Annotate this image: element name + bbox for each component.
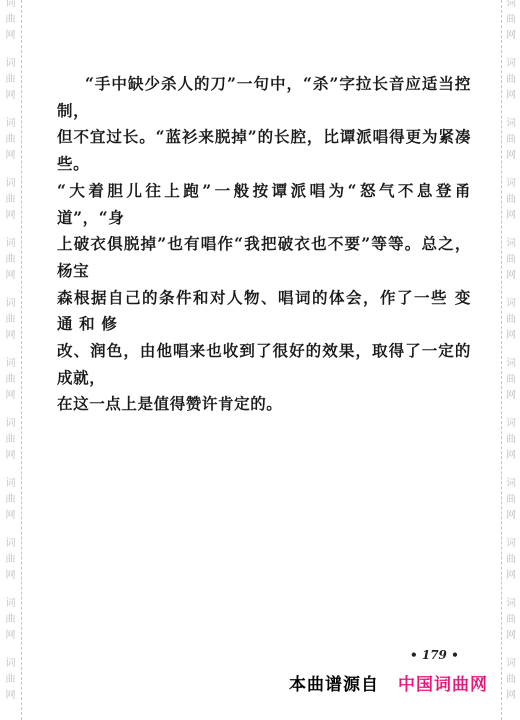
- watermark-group: 词曲网: [0, 596, 21, 644]
- watermark-group: 词曲网: [502, 416, 520, 464]
- watermark-char: 词: [506, 296, 516, 312]
- watermark-char: 词: [506, 476, 516, 492]
- watermark-char: 曲: [6, 612, 16, 628]
- watermark-group: 词曲网: [0, 356, 21, 404]
- watermark-group: 词曲网: [502, 56, 520, 104]
- watermark-char: 词: [6, 476, 16, 492]
- watermark-char: 词: [6, 296, 16, 312]
- text-line: 上破衣俱脱掉”也有唱作“我把破衣也不要”等等。总之，杨宝: [57, 231, 471, 284]
- watermark-char: 词: [6, 596, 16, 612]
- watermark-group: 词曲网: [502, 596, 520, 644]
- watermark-char: 词: [6, 656, 16, 672]
- watermark-group: 词曲网: [502, 236, 520, 284]
- watermark-char: 网: [6, 148, 16, 164]
- text-line: “手中缺少杀人的刀”一句中，“杀”字拉长音应适当控制，: [57, 71, 471, 124]
- text-line-content: “大着胆儿往上跑”一般按谭派唱为“怒气不息登甬道”，“身: [57, 181, 471, 227]
- watermark-char: 网: [6, 208, 16, 224]
- watermark-char: 网: [6, 268, 16, 284]
- watermark-char: 词: [6, 236, 16, 252]
- watermark-group: 词曲网: [0, 116, 21, 164]
- watermark-group: 词曲网: [0, 236, 21, 284]
- text-line-content: 在这一点上是值得赞许肯定的。: [57, 394, 282, 413]
- source-label: 本曲谱源自: [289, 670, 379, 695]
- watermark-group: 词曲网: [502, 656, 520, 704]
- watermark-char: 词: [506, 116, 516, 132]
- watermark-char: 词: [6, 56, 16, 72]
- watermark-char: 词: [6, 176, 16, 192]
- watermark-char: 曲: [506, 312, 516, 328]
- watermark-char: 网: [506, 688, 516, 704]
- watermark-char: 网: [6, 388, 16, 404]
- watermark-char: 曲: [6, 192, 16, 208]
- watermark-char: 曲: [506, 72, 516, 88]
- watermark-char: 网: [6, 328, 16, 344]
- watermark-char: 词: [506, 356, 516, 372]
- watermark-char: 网: [506, 208, 516, 224]
- watermark-char: 曲: [6, 372, 16, 388]
- watermark-char: 曲: [506, 672, 516, 688]
- watermark-char: 词: [506, 656, 516, 672]
- watermark-char: 词: [6, 0, 16, 12]
- watermark-char: 曲: [506, 552, 516, 568]
- watermark-char: 曲: [506, 252, 516, 268]
- watermark-group: 词曲网: [0, 296, 21, 344]
- watermark-char: 曲: [506, 492, 516, 508]
- watermark-group: 词曲网: [0, 176, 21, 224]
- text-line-content: 上破衣俱脱掉”也有唱作“我把破衣也不要”等等。总之，杨宝: [57, 234, 471, 280]
- watermark-char: 词: [6, 536, 16, 552]
- watermark-char: 曲: [6, 672, 16, 688]
- watermark-char: 网: [6, 448, 16, 464]
- text-line-content: “手中缺少杀人的刀”一句中，“杀”字拉长音应适当控制，: [57, 74, 471, 120]
- watermark-group: 词曲网: [502, 476, 520, 524]
- watermark-group: 词曲网: [0, 56, 21, 104]
- watermark-char: 词: [506, 416, 516, 432]
- watermark-group: 词曲网: [0, 0, 21, 44]
- watermark-group: 词曲网: [502, 356, 520, 404]
- watermark-char: 曲: [506, 12, 516, 28]
- watermark-group: 词曲网: [502, 176, 520, 224]
- watermark-char: 曲: [6, 72, 16, 88]
- watermark-char: 曲: [6, 12, 16, 28]
- watermark-char: 网: [506, 328, 516, 344]
- watermark-group: 词曲网: [0, 536, 21, 584]
- watermark-char: 词: [506, 0, 516, 12]
- text-line: 但不宜过长。“蓝衫来脱掉”的长腔，比谭派唱得更为紧凑些。: [57, 124, 471, 177]
- watermark-char: 词: [506, 236, 516, 252]
- watermark-char: 网: [506, 388, 516, 404]
- watermark-char: 网: [506, 88, 516, 104]
- text-line-content: 森根据自己的条件和对人物、唱词的体会，作了一些 变 通 和 修: [57, 288, 471, 334]
- watermark-char: 曲: [506, 192, 516, 208]
- watermark-char: 网: [506, 28, 516, 44]
- watermark-char: 曲: [6, 432, 16, 448]
- watermark-char: 词: [506, 596, 516, 612]
- watermark-char: 词: [6, 356, 16, 372]
- watermark-char: 词: [6, 116, 16, 132]
- watermark-char: 网: [6, 568, 16, 584]
- watermark-char: 曲: [506, 432, 516, 448]
- site-name-link[interactable]: 中国词曲网: [398, 670, 488, 695]
- text-line: 在这一点上是值得赞许肯定的。: [57, 391, 471, 418]
- watermark-group: 词曲网: [502, 536, 520, 584]
- watermark-char: 网: [506, 448, 516, 464]
- text-line-content: 但不宜过长。“蓝衫来脱掉”的长腔，比谭派唱得更为紧凑些。: [57, 127, 471, 173]
- watermark-char: 网: [506, 268, 516, 284]
- watermark-char: 曲: [506, 372, 516, 388]
- watermark-char: 网: [506, 508, 516, 524]
- watermark-char: 词: [6, 416, 16, 432]
- watermark-char: 网: [6, 508, 16, 524]
- watermark-char: 网: [506, 148, 516, 164]
- watermark-group: 词曲网: [502, 296, 520, 344]
- watermark-char: 网: [6, 88, 16, 104]
- watermark-char: 曲: [6, 492, 16, 508]
- page-number: • 179 •: [410, 648, 459, 662]
- watermark-group: 词曲网: [0, 416, 21, 464]
- left-watermark-border: 词曲网词曲网词曲网词曲网词曲网词曲网词曲网词曲网词曲网词曲网词曲网词曲网: [0, 0, 22, 720]
- text-line-content: 改、润色，由他唱来也收到了很好的效果，取得了一定的成就，: [57, 341, 471, 387]
- watermark-char: 曲: [506, 612, 516, 628]
- text-line: 改、润色，由他唱来也收到了很好的效果，取得了一定的成就，: [57, 338, 471, 391]
- watermark-char: 网: [6, 628, 16, 644]
- watermark-char: 曲: [506, 132, 516, 148]
- watermark-char: 曲: [6, 312, 16, 328]
- watermark-char: 词: [506, 176, 516, 192]
- watermark-char: 网: [506, 568, 516, 584]
- watermark-group: 词曲网: [502, 0, 520, 44]
- watermark-char: 网: [6, 688, 16, 704]
- watermark-group: 词曲网: [0, 476, 21, 524]
- text-line: “大着胆儿往上跑”一般按谭派唱为“怒气不息登甬道”，“身: [57, 178, 471, 231]
- right-watermark-border: 词曲网词曲网词曲网词曲网词曲网词曲网词曲网词曲网词曲网词曲网词曲网词曲网: [501, 0, 520, 720]
- watermark-char: 曲: [6, 252, 16, 268]
- watermark-char: 词: [506, 56, 516, 72]
- watermark-char: 词: [506, 536, 516, 552]
- watermark-char: 网: [6, 28, 16, 44]
- watermark-char: 曲: [6, 132, 16, 148]
- watermark-char: 网: [506, 628, 516, 644]
- text-line: 森根据自己的条件和对人物、唱词的体会，作了一些 变 通 和 修: [57, 285, 471, 338]
- body-paragraph: “手中缺少杀人的刀”一句中，“杀”字拉长音应适当控制， 但不宜过长。“蓝衫来脱掉…: [57, 71, 471, 418]
- watermark-group: 词曲网: [0, 656, 21, 704]
- watermark-char: 曲: [6, 552, 16, 568]
- watermark-group: 词曲网: [502, 116, 520, 164]
